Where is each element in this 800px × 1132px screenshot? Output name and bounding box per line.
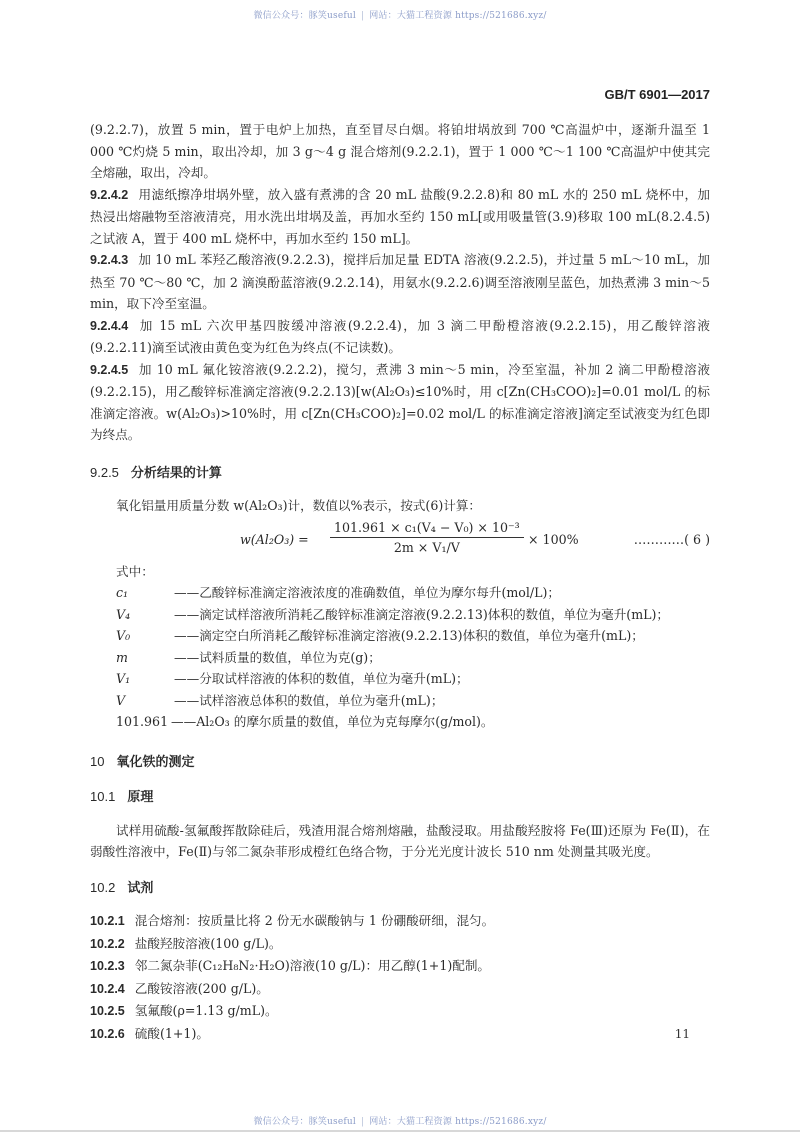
definition: ——滴定试样溶液所消耗乙酸锌标准滴定溶液(9.2.2.13)体积的数值，单位为毫… xyxy=(174,604,669,626)
definition: ——试样溶液总体积的数值，单位为毫升(mL)； xyxy=(174,690,443,712)
formula-fraction: 101.961 × c₁(V₄ − V₀) × 10⁻³ 2m × V₁/V xyxy=(330,519,524,557)
symbol: V₀ xyxy=(116,625,174,647)
definition-row: m——试料质量的数值，单位为克(g)； xyxy=(116,647,710,669)
equation-number: …………( 6 ) xyxy=(634,529,710,551)
definition-row: V₄——滴定试样溶液所消耗乙酸锌标准滴定溶液(9.2.2.13)体积的数值，单位… xyxy=(116,604,710,626)
definition-row: 101.961——Al₂O₃ 的摩尔质量的数值，单位为克每摩尔(g/mol)。 xyxy=(116,711,710,733)
step-number: 9.2.4.3 xyxy=(90,253,128,267)
definition-row: V——试样溶液总体积的数值，单位为毫升(mL)； xyxy=(116,690,710,712)
reagent-text: 氢氟酸(ρ=1.13 g/mL)。 xyxy=(135,1003,278,1018)
definition: ——乙酸锌标准滴定溶液浓度的准确数值，单位为摩尔每升(mol/L)； xyxy=(174,582,560,604)
reagent-text: 硫酸(1+1)。 xyxy=(135,1026,209,1041)
reagent-number: 10.2.1 xyxy=(90,914,125,928)
definition: ——滴定空白所消耗乙酸锌标准滴定溶液(9.2.2.13)体积的数值，单位为毫升(… xyxy=(174,625,644,647)
variable-definitions: c₁——乙酸锌标准滴定溶液浓度的准确数值，单位为摩尔每升(mol/L)； V₄—… xyxy=(116,582,710,733)
definition: ——试料质量的数值，单位为克(g)； xyxy=(174,647,381,669)
section-number: 10 xyxy=(90,754,104,769)
formula-rhs: × 100% xyxy=(528,529,579,551)
reagent-number: 10.2.5 xyxy=(90,1004,125,1018)
section-heading-10-2: 10.2试剂 xyxy=(90,877,710,899)
continuation-paragraph: (9.2.2.7)，放置 5 min，置于电炉上加热，直至冒尽白烟。将铂坩埚放到… xyxy=(90,119,710,184)
formula-numerator: 101.961 × c₁(V₄ − V₀) × 10⁻³ xyxy=(330,519,524,538)
definition-row: V₀——滴定空白所消耗乙酸锌标准滴定溶液(9.2.2.13)体积的数值，单位为毫… xyxy=(116,625,710,647)
reagent-10-2-6: 10.2.6硫酸(1+1)。 xyxy=(90,1023,710,1046)
section-number: 10.1 xyxy=(90,789,115,804)
section-number: 9.2.5 xyxy=(90,465,119,480)
reagent-number: 10.2.4 xyxy=(90,982,125,996)
watermark-site: 网站：大猫工程资源 https://521686.xyz/ xyxy=(369,11,546,21)
symbol: m xyxy=(116,647,174,669)
watermark-site: 网站：大猫工程资源 https://521686.xyz/ xyxy=(369,1117,546,1127)
section-heading-10-1: 10.1原理 xyxy=(90,786,710,808)
step-text: 用滤纸擦净坩埚外壁，放入盛有煮沸的含 20 mL 盐酸(9.2.2.8)和 80… xyxy=(90,187,710,246)
reagent-text: 邻二氮杂菲(C₁₂H₈N₂·H₂O)溶液(10 g/L)：用乙醇(1+1)配制。 xyxy=(135,958,490,973)
reagent-10-2-4: 10.2.4乙酸铵溶液(200 g/L)。 xyxy=(90,978,710,1001)
section-title: 试剂 xyxy=(127,880,153,895)
standard-number: GB/T 6901—2017 xyxy=(604,87,710,102)
reagent-text: 乙酸铵溶液(200 g/L)。 xyxy=(135,981,269,996)
section-title: 原理 xyxy=(127,789,153,804)
step-number: 9.2.4.2 xyxy=(90,188,128,202)
symbol: 101.961 xyxy=(116,711,171,733)
watermark-top: 微信公众号：豚笑useful|网站：大猫工程资源 https://521686.… xyxy=(0,8,800,21)
formula-denominator: 2m × V₁/V xyxy=(330,538,524,557)
reagent-10-2-5: 10.2.5氢氟酸(ρ=1.13 g/mL)。 xyxy=(90,1000,710,1023)
reagent-number: 10.2.6 xyxy=(90,1027,125,1041)
principle-paragraph: 试样用硫酸-氢氟酸挥散除硅后，残渣用混合熔剂熔融，盐酸浸取。用盐酸羟胺将 Fe(… xyxy=(90,820,710,863)
step-9-2-4-2: 9.2.4.2用滤纸擦净坩埚外壁，放入盛有煮沸的含 20 mL 盐酸(9.2.2… xyxy=(90,184,710,250)
symbol: V xyxy=(116,690,174,712)
page-body: (9.2.2.7)，放置 5 min，置于电炉上加热，直至冒尽白烟。将铂坩埚放到… xyxy=(90,119,710,1045)
symbol: V₄ xyxy=(116,604,174,626)
section-heading-9-2-5: 9.2.5分析结果的计算 xyxy=(90,462,710,484)
watermark-bottom: 微信公众号：豚笑useful|网站：大猫工程资源 https://521686.… xyxy=(0,1114,800,1127)
step-text: 加 15 mL 六次甲基四胺缓冲溶液(9.2.2.4)，加 3 滴二甲酚橙溶液(… xyxy=(90,318,710,356)
definition-row: V₁——分取试样溶液的体积的数值，单位为毫升(mL)； xyxy=(116,668,710,690)
definition: ——分取试样溶液的体积的数值，单位为毫升(mL)； xyxy=(174,668,469,690)
reagent-text: 盐酸羟胺溶液(100 g/L)。 xyxy=(135,936,282,951)
step-number: 9.2.4.5 xyxy=(90,363,128,377)
section-heading-10: 10氧化铁的测定 xyxy=(90,751,710,773)
step-9-2-4-5: 9.2.4.5加 10 mL 氟化铵溶液(9.2.2.2)，搅匀，煮沸 3 mi… xyxy=(90,359,710,446)
section-title: 分析结果的计算 xyxy=(131,465,222,480)
reagent-10-2-3: 10.2.3邻二氮杂菲(C₁₂H₈N₂·H₂O)溶液(10 g/L)：用乙醇(1… xyxy=(90,955,710,978)
section-title: 氧化铁的测定 xyxy=(116,754,194,769)
symbol: V₁ xyxy=(116,668,174,690)
step-number: 9.2.4.4 xyxy=(90,319,128,333)
step-9-2-4-3: 9.2.4.3加 10 mL 苯羟乙酸溶液(9.2.2.3)，搅拌后加足量 ED… xyxy=(90,249,710,315)
where-label: 式中： xyxy=(90,561,710,583)
formula-6: w(Al₂O₃) = 101.961 × c₁(V₄ − V₀) × 10⁻³ … xyxy=(90,519,710,561)
step-text: 加 10 mL 苯羟乙酸溶液(9.2.2.3)，搅拌后加足量 EDTA 溶液(9… xyxy=(90,252,710,311)
reagent-text: 混合熔剂：按质量比将 2 份无水碳酸钠与 1 份硼酸研细，混匀。 xyxy=(135,913,494,928)
watermark-separator: | xyxy=(361,1117,364,1127)
section-number: 10.2 xyxy=(90,880,115,895)
watermark-separator: | xyxy=(361,11,364,21)
page-number: 11 xyxy=(675,1027,690,1041)
calc-intro: 氧化铝量用质量分数 w(Al₂O₃)计，数值以%表示，按式(6)计算： xyxy=(90,495,710,517)
symbol: c₁ xyxy=(116,582,174,604)
watermark-wechat: 微信公众号：豚笑useful xyxy=(253,1117,356,1127)
step-9-2-4-4: 9.2.4.4加 15 mL 六次甲基四胺缓冲溶液(9.2.2.4)，加 3 滴… xyxy=(90,315,710,359)
watermark-wechat: 微信公众号：豚笑useful xyxy=(253,11,356,21)
step-text: 加 10 mL 氟化铵溶液(9.2.2.2)，搅匀，煮沸 3 min～5 min… xyxy=(90,362,710,443)
definition: ——Al₂O₃ 的摩尔质量的数值，单位为克每摩尔(g/mol)。 xyxy=(171,711,494,733)
reagent-10-2-2: 10.2.2盐酸羟胺溶液(100 g/L)。 xyxy=(90,933,710,956)
definition-row: c₁——乙酸锌标准滴定溶液浓度的准确数值，单位为摩尔每升(mol/L)； xyxy=(116,582,710,604)
reagent-number: 10.2.2 xyxy=(90,937,125,951)
formula-lhs: w(Al₂O₃) = xyxy=(240,529,309,551)
reagent-10-2-1: 10.2.1混合熔剂：按质量比将 2 份无水碳酸钠与 1 份硼酸研细，混匀。 xyxy=(90,910,710,933)
reagent-number: 10.2.3 xyxy=(90,959,125,973)
